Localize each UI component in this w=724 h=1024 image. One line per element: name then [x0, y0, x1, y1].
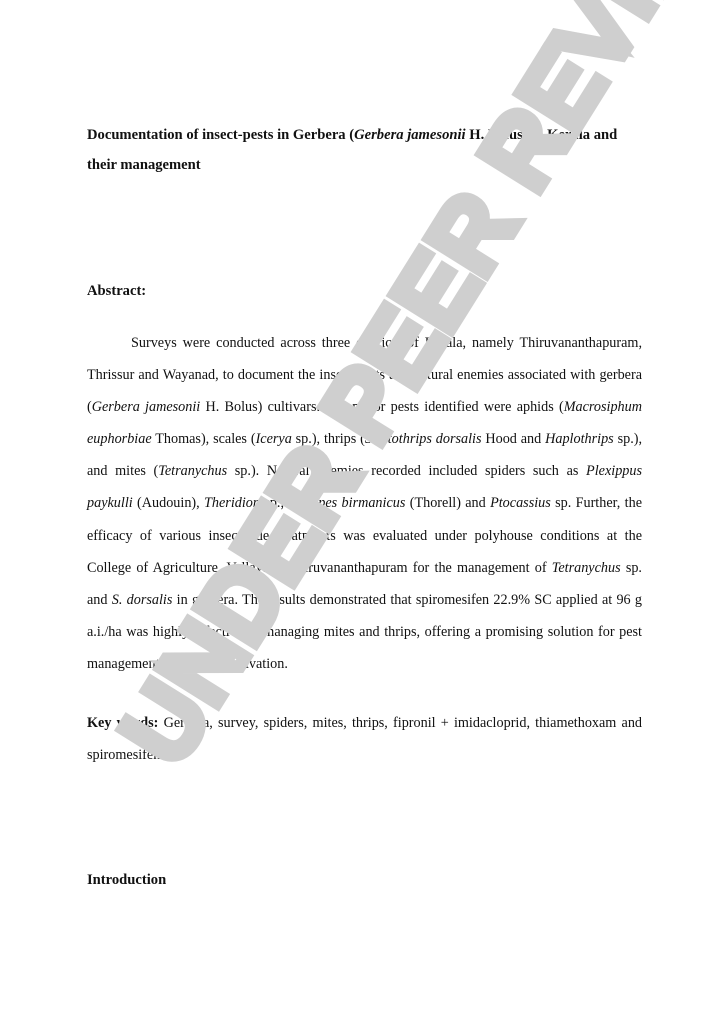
species-name: Icerya — [256, 431, 292, 447]
species-name: Haplothrips — [545, 431, 614, 447]
paper-title: Documentation of insect-pests in Gerbera… — [87, 120, 642, 180]
keywords-text: Gerbera, survey, spiders, mites, thrips,… — [87, 715, 642, 763]
introduction-heading: Introduction — [87, 872, 166, 889]
species-name: Tetranychus — [158, 463, 227, 479]
keywords-label: Key words: — [87, 715, 158, 731]
abstract-text: H. Bolus) cultivars. The major pests ide… — [200, 399, 563, 415]
species-name: Scirtothrips dorsalis — [365, 431, 482, 447]
abstract-paragraph: Surveys were conducted across three dist… — [87, 327, 642, 680]
abstract-text: (Thorell) and — [405, 495, 490, 511]
title-species-name: Gerbera jamesonii — [354, 127, 465, 143]
abstract-text: sp.). Natural enemies recorded included … — [227, 463, 586, 479]
title-text: Documentation of insect-pests in Gerbera… — [87, 127, 354, 143]
species-name: Theridion — [204, 495, 260, 511]
species-name: Tetranychus — [552, 560, 621, 576]
species-name: Ptocassius — [490, 495, 551, 511]
abstract-heading: Abstract: — [87, 283, 146, 300]
abstract-text: sp., — [260, 495, 288, 511]
abstract-text: sp.), thrips ( — [292, 431, 365, 447]
species-name: Oxyopes birmanicus — [288, 495, 405, 511]
abstract-text: Hood and — [482, 431, 546, 447]
species-name: Gerbera jamesonii — [92, 399, 201, 415]
abstract-text: Thomas), scales ( — [152, 431, 256, 447]
keywords-paragraph: Key words: Gerbera, survey, spiders, mit… — [87, 707, 642, 771]
abstract-text: (Audouin), — [133, 495, 204, 511]
document-page: Documentation of insect-pests in Gerbera… — [0, 0, 724, 1024]
species-name: S. dorsalis — [112, 592, 173, 608]
